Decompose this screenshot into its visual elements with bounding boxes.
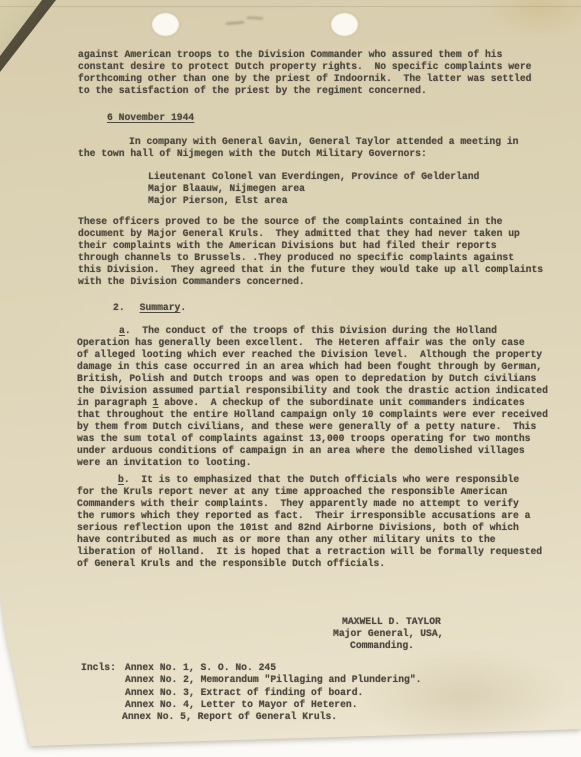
text-line: against American troops to the Division … (78, 49, 531, 61)
text-line: serious reflection upon the 101st and 82… (77, 522, 542, 534)
text-line: the Division assumed partial responsibil… (77, 385, 548, 397)
text-line: the rumors which they reported as fact. … (77, 510, 542, 522)
paragraph-meeting: In company with General Gavin, General T… (78, 136, 519, 160)
scanned-document-view: against American troops to the Division … (0, 0, 581, 757)
enclosure-item: Annex No. 4, Letter to Mayor of Heteren. (81, 699, 422, 711)
text-line: through channels to Brussels. .They prod… (78, 252, 543, 264)
enclosure-item: Annex No. 2, Memorandum "Pillaging and P… (81, 674, 422, 686)
text-line: Operation has generally been excellent. … (77, 337, 548, 349)
punch-hole (152, 13, 179, 36)
text-line: document by Major General Kruls. They ad… (78, 228, 543, 240)
text-line: that throughout the entire Holland campa… (77, 409, 548, 421)
enclosures-block: Incls:Annex No. 1, S. O. No. 245 Annex N… (81, 662, 422, 723)
text-segment: in paragraph (77, 397, 153, 408)
text-line: the town hall of Nijmegen with the Dutch… (78, 148, 519, 160)
paper-shadow-wrap: against American troops to the Division … (0, 0, 581, 757)
text-line: damage in this case occurred in an area … (77, 361, 548, 373)
text-line: a. The conduct of the troops of this Div… (77, 325, 548, 337)
text-line: in paragraph 1 above. A checkup of the s… (77, 397, 548, 409)
text-line: of General Kruls and the responsible Dut… (77, 558, 542, 570)
text-line: have contributed as much as or more than… (77, 534, 542, 546)
enclosures-label: Incls: (81, 662, 116, 673)
text-segment: above. A checkup of the subordinate unit… (158, 397, 524, 408)
signature-title: Commanding. (333, 640, 443, 652)
enclosure-item: Annex No. 5, Report of General Kruls. (81, 711, 422, 723)
signature-rank: Major General, USA, (333, 628, 443, 640)
text-line: liberation of Holland. It is hoped that … (77, 546, 542, 558)
text-line: British, Polish and Dutch troops and was… (77, 373, 548, 385)
section-period: . (180, 302, 186, 313)
text-segment: . The conduct of the troops of this Divi… (125, 325, 497, 336)
text-segment: . It is to emphasized that the Dutch off… (124, 474, 519, 485)
section-2-heading: 2.Summary. (113, 302, 186, 314)
text-line: constant desire to protect Dutch propert… (78, 61, 531, 73)
section-number: 2. (113, 302, 125, 313)
attendee-item: Major Blaauw, Nijmegen area (148, 183, 479, 195)
text-line: to the satisfaction of the priest by the… (78, 85, 531, 97)
paragraph-b: b. It is to emphasized that the Dutch of… (77, 474, 542, 570)
text-line: Commanders with their complaints. They a… (77, 498, 542, 510)
date-heading: 6 November 1944 (107, 112, 194, 124)
attendee-list: Lieutenant Colonel van Everdingen, Provi… (148, 171, 479, 207)
punch-hole (331, 13, 358, 36)
text-line: was the sum total of complaints against … (77, 433, 548, 445)
paragraph-a: a. The conduct of the troops of this Div… (77, 325, 548, 469)
text-line: this Division. They agreed that in the f… (78, 264, 543, 276)
paragraph-intro: against American troops to the Division … (78, 49, 531, 97)
section-title: Summary (140, 302, 181, 313)
text-line: In company with General Gavin, General T… (78, 136, 519, 148)
attendee-item: Major Pierson, Elst area (148, 195, 479, 207)
text-line: under arduous conditions of campaign in … (77, 445, 548, 457)
text-line: of alleged looting which ever reached th… (77, 349, 548, 361)
pencil-smudge (226, 15, 268, 27)
signature-block: MAXWELL D. TAYLOR Major General, USA, Co… (333, 616, 443, 652)
text-line: with the Division Commanders concerned. (78, 276, 543, 288)
text-line: forthcoming other than one by the priest… (78, 73, 531, 85)
text-line: Incls:Annex No. 1, S. O. No. 245 (81, 662, 422, 674)
text-line: for the Kruls report never at any time a… (77, 486, 542, 498)
signature-name: MAXWELL D. TAYLOR (333, 616, 443, 628)
enclosure-item: Annex No. 3, Extract of finding of board… (81, 687, 422, 699)
text-line: their complaints with the American Divis… (78, 240, 543, 252)
text-line: b. It is to emphasized that the Dutch of… (77, 474, 542, 486)
enclosure-item: Annex No. 1, S. O. No. 245 (125, 662, 276, 673)
crease-line (0, 6, 581, 7)
attendee-item: Lieutenant Colonel van Everdingen, Provi… (148, 171, 479, 183)
text-line: 2.Summary. (113, 302, 186, 314)
text-line: These officers proved to be the source o… (78, 216, 543, 228)
text-line: were an invitation to looting. (77, 457, 548, 469)
document-page: against American troops to the Division … (0, 0, 581, 757)
text-line: by them from Dutch civilians, and these … (77, 421, 548, 433)
paragraph-officers: These officers proved to be the source o… (78, 216, 543, 288)
